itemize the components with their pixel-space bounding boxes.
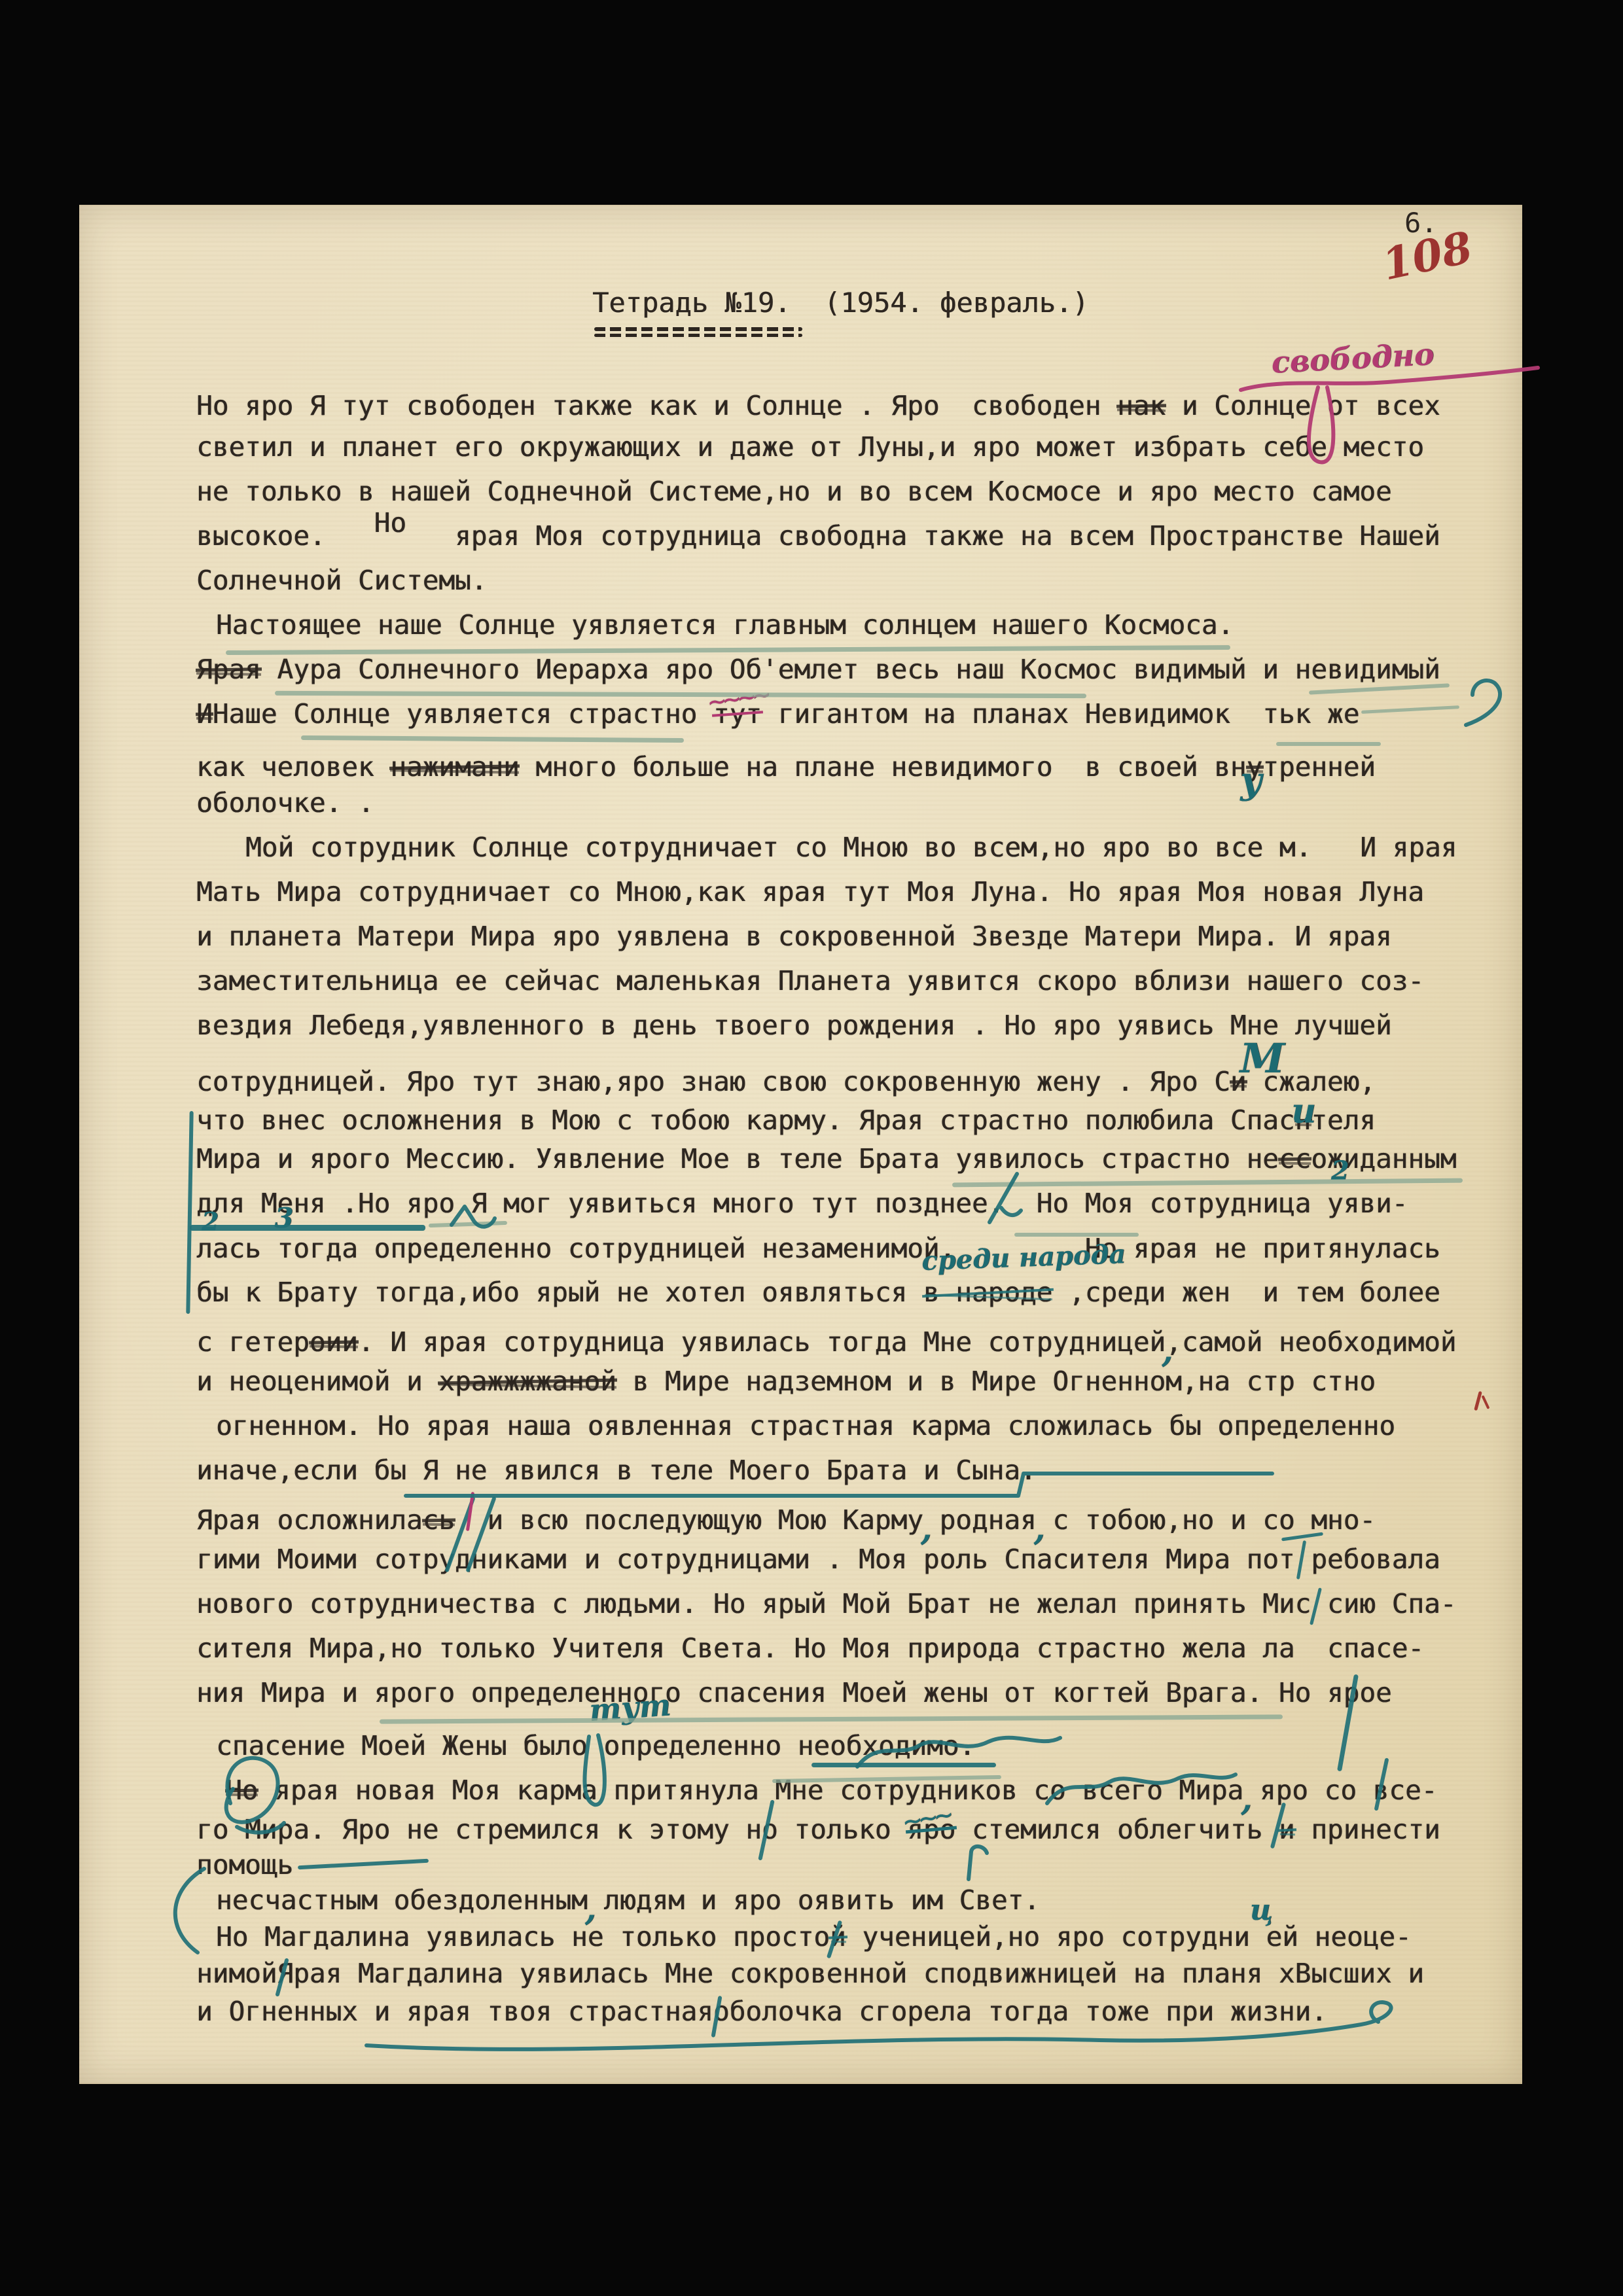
- typed-word-xx: нак: [1117, 390, 1166, 421]
- typed-text: Но Магдалина уявилась не только просто: [216, 1921, 830, 1952]
- typed-text: ,самой необходимой: [1166, 1326, 1456, 1358]
- typed-text: ния Мира и ярого определенного спасения …: [196, 1677, 1392, 1708]
- ink-stroke: [1014, 1233, 1139, 1237]
- typed-line: для Меня .Но яро Я мог уявиться много ту…: [196, 1190, 1408, 1217]
- typed-text: и неоценимой и: [196, 1366, 438, 1397]
- typed-text: . И ярая сотрудница уявилась тогда Мне с…: [358, 1326, 1166, 1358]
- ink-stroke: [594, 334, 802, 337]
- typed-word-xt: в народе: [923, 1277, 1052, 1308]
- typed-line: несчастным обездоленным, людям и яро ояв…: [216, 1882, 1040, 1915]
- typed-text: яро со все-: [1243, 1775, 1437, 1806]
- typed-line: Мира и ярого Мессию. Уявление Мое в теле…: [196, 1146, 1456, 1173]
- typed-text: несчастным обездоленным: [216, 1884, 588, 1916]
- typed-line: го Мира. Яро не стремился к этому но тол…: [196, 1816, 1440, 1843]
- typed-text: Ярая Магдалина уявилась Мне сокровенной …: [277, 1958, 1424, 1989]
- typed-text: Ярая осложнила: [196, 1504, 423, 1536]
- typed-text: высокое.: [196, 520, 374, 552]
- typed-line: Ярая Аура Солнечного Иерарха яро Об'емле…: [196, 656, 1440, 683]
- typed-text: нового сотрудничества с людьми. Но ярый …: [196, 1588, 1456, 1619]
- typed-text: людям и яро оявить им Свет.: [588, 1884, 1040, 1916]
- typed-word-scrm: тут: [713, 698, 762, 730]
- typed-word-scrt: яро: [907, 1814, 955, 1845]
- notebook-title: Тетрадь №19. (1954. февраль.): [592, 287, 1089, 319]
- typed-text: для Меня .Но яро Я мог уявиться много ту…: [196, 1188, 1004, 1219]
- typed-line: вездия Лебедя,уявленного в день твоего р…: [196, 1012, 1392, 1039]
- typed-text: и планета Матери Мира яро уявлена в сокр…: [196, 921, 1392, 952]
- typed-line: и неоценимой и хражжжжаной в Мире надзем…: [196, 1368, 1376, 1395]
- typed-line: сителя Мира,но только Учителя Света. Но …: [196, 1635, 1424, 1662]
- typed-text: светил и планет его окружающих и даже от…: [196, 431, 1424, 463]
- typed-text: определенно необходимо.: [588, 1730, 975, 1761]
- typed-line: ИНаше Солнце уявляется страстно тут гига…: [196, 701, 1359, 728]
- typed-text: теля: [1311, 1104, 1376, 1136]
- typed-line: гими Моими сотрудниками и сотрудницами .…: [196, 1546, 1440, 1573]
- typed-text: ученицей,но яро сотрудни: [846, 1921, 1250, 1952]
- typed-word-xx: Но: [226, 1775, 258, 1806]
- typed-line: и Огненных и ярая твоя страстнаяоболочка…: [196, 1998, 1327, 2025]
- typed-line: как человек нажимани много больше на пла…: [196, 745, 1376, 782]
- ink-stroke: [811, 1763, 996, 1767]
- typed-text: уяви-: [1327, 1188, 1408, 1219]
- typed-text: ярая Моя сотрудница свободна также на вс…: [406, 520, 1440, 552]
- typed-text: принести: [1295, 1814, 1440, 1845]
- typed-text: помощь: [196, 1849, 293, 1881]
- typed-text: и Огненных и ярая твоя страстная: [196, 1996, 713, 2027]
- typed-text: в Мире надземном и в Мире Огненном,на ст…: [616, 1366, 1376, 1397]
- typed-text: оболочка сгорела тогда тоже при жизни.: [713, 1996, 1327, 2027]
- typed-line: спасение Моей Жены былотут определенно н…: [216, 1729, 975, 1759]
- typed-line: оболочке. .: [196, 790, 374, 817]
- typed-text: Но Моя сотрудница: [1004, 1188, 1327, 1219]
- typed-text: сителя Мира,но только Учителя Света. Но …: [196, 1633, 1424, 1664]
- typed-text: Наше Солнце уявляется страстно: [213, 698, 713, 730]
- typed-text: го Мира. Яро не стремился к этому но тол…: [196, 1814, 907, 1845]
- typed-line: 2лась 3тогда определенно сотрудницей нез…: [196, 1235, 1440, 1262]
- typed-line: бы к Брату тогда,ибо ярый не хотел оявля…: [196, 1279, 1440, 1306]
- typed-text: определенно сотрудницей незаменимой. Но …: [374, 1233, 1440, 1264]
- typed-line: ния Мира и ярого определенного спасения …: [196, 1680, 1392, 1706]
- typed-line: с гетероии. И ярая сотрудница уявилась т…: [196, 1324, 1456, 1356]
- scanned-document-screenshot: 6. 108 Тетрадь №19. (1954. февраль.) Но …: [0, 0, 1623, 2296]
- typed-line: светил и планет его окружающих и даже от…: [196, 434, 1424, 461]
- typed-line: и планета Матери Мира яро уявлена в сокр…: [196, 923, 1392, 950]
- typed-line: нимойЯрая Магдалина уявилась Мне сокрове…: [196, 1960, 1424, 1987]
- typed-text: ярая новая Моя карма притянула Мне сотру…: [258, 1775, 1243, 1806]
- typed-text: тренней: [1262, 751, 1376, 783]
- typed-text: Аура Солнечного Иерарха яро Об'емлет вес…: [261, 654, 1440, 685]
- typed-text: гигантом на планах Невидимок тьк же: [762, 698, 1359, 730]
- ink-stroke: [1276, 742, 1381, 746]
- typed-text: ,среди жен и тем более: [1052, 1277, 1440, 1308]
- typed-text: сотрудницей. Яро тут знаю,яро знаю свою …: [196, 1066, 1230, 1097]
- typed-text: иначе,если бы Я не явился в теле Моего Б…: [196, 1455, 1037, 1486]
- typed-text: и Солнце: [1166, 390, 1327, 421]
- typed-text: нимой: [196, 1958, 277, 1989]
- typed-text: стемился облегчить: [955, 1814, 1279, 1845]
- typed-text: много больше на плане невидимого в своей…: [520, 751, 1247, 783]
- typed-line: Мой сотрудник Солнце сотрудничает со Мно…: [245, 834, 1457, 861]
- typed-line: Настоящее наше Солнце уявляется главным …: [216, 612, 1234, 639]
- typed-line: что внес осложнения в Мою с тобою карму.…: [196, 1101, 1376, 1135]
- typed-word-xx: сь: [423, 1504, 455, 1536]
- typed-text: бы к Брату тогда,ибо ярый не хотел оявля…: [196, 1277, 923, 1308]
- typed-text: спасение Моей Жены было: [216, 1730, 588, 1761]
- typed-line: нового сотрудничества с людьми. Но ярый …: [196, 1591, 1456, 1617]
- typed-text: гими Моими сотрудниками и сотрудницами .…: [196, 1544, 1295, 1575]
- typed-text: Мира и ярого Мессию. Уявление Мое в теле…: [196, 1143, 1279, 1174]
- typed-text: с гетер: [196, 1326, 310, 1358]
- typed-text: вездия Лебедя,уявленного в день твоего р…: [196, 1010, 1392, 1041]
- typed-line: огненном. Но ярая наша оявленная страстн…: [216, 1413, 1395, 1439]
- typed-text: ребовала: [1295, 1544, 1440, 1575]
- typed-text: Мой сотрудник Солнце сотрудничает со Мно…: [245, 832, 1457, 863]
- typed-line: Но Магдалина уявилась не только простой …: [216, 1922, 1412, 1951]
- typed-word-xx: хражжжжаной: [438, 1366, 616, 1397]
- typed-text: как человек: [196, 751, 390, 783]
- typed-line: Солнечной Системы.: [196, 567, 487, 594]
- typed-text: тогда: [277, 1233, 374, 1264]
- typed-text: с тобою,но и со мно-: [1037, 1504, 1376, 1536]
- typed-line: сотрудницей. Яро тут знаю,яро знаю свою …: [196, 1057, 1376, 1097]
- typed-text: и всю последующую Мою Карму: [455, 1504, 923, 1536]
- typed-text: заместительница ее сейчас маленькая План…: [196, 965, 1424, 997]
- typed-word-xx: оии: [310, 1326, 358, 1358]
- typed-text: лась: [196, 1233, 277, 1264]
- typed-word-xx: Ярая: [196, 654, 261, 685]
- typed-word-xx: И: [196, 698, 213, 730]
- typed-text: Но яро Я тут свободен также как и Солнце…: [196, 390, 1117, 421]
- typed-line: высокое. Но ярая Моя сотрудница свободна…: [196, 523, 1440, 550]
- typed-text: что внес осложнения в Мою с тобою карму.…: [196, 1104, 1295, 1136]
- typed-text: родная: [923, 1504, 1037, 1536]
- typed-text: огненном. Но ярая наша оявленная страстн…: [216, 1410, 1395, 1441]
- typed-line: помощь: [196, 1852, 293, 1879]
- typed-word-raised: Но: [374, 507, 406, 539]
- typed-line: не только в нашей Соднечной Системе,но и…: [196, 478, 1392, 505]
- typed-line: Мать Мира сотрудничает со Мною,как ярая …: [196, 879, 1424, 906]
- typed-text: Солнечной Системы.: [196, 565, 487, 596]
- typed-text: ей неоце-: [1250, 1921, 1412, 1952]
- typed-line: Но ярая новая Моя карма притянула Мне со…: [226, 1772, 1437, 1805]
- typed-line: Но яро Я тут свободен также как и Солнце…: [196, 389, 1440, 419]
- ink-stroke: [190, 1225, 425, 1231]
- typed-text: оболочке. .: [196, 787, 374, 819]
- typed-text: Мать Мира сотрудничает со Мною,как ярая …: [196, 876, 1424, 908]
- typed-line: иначе,если бы Я не явился в теле Моего Б…: [196, 1457, 1037, 1484]
- typed-text: не только в нашей Соднечной Системе,но и…: [196, 476, 1392, 507]
- typed-line: заместительница ее сейчас маленькая План…: [196, 968, 1424, 995]
- typed-word-xx: сс: [1279, 1143, 1311, 1174]
- typed-text: от всех: [1327, 390, 1440, 421]
- typed-text: Настоящее наше Солнце уявляется главным …: [216, 609, 1234, 641]
- ink-stroke: [594, 327, 802, 331]
- typed-line: Ярая осложнилась и всю последующую Мою К…: [196, 1502, 1376, 1534]
- typed-word-xx: нажимани: [390, 751, 519, 783]
